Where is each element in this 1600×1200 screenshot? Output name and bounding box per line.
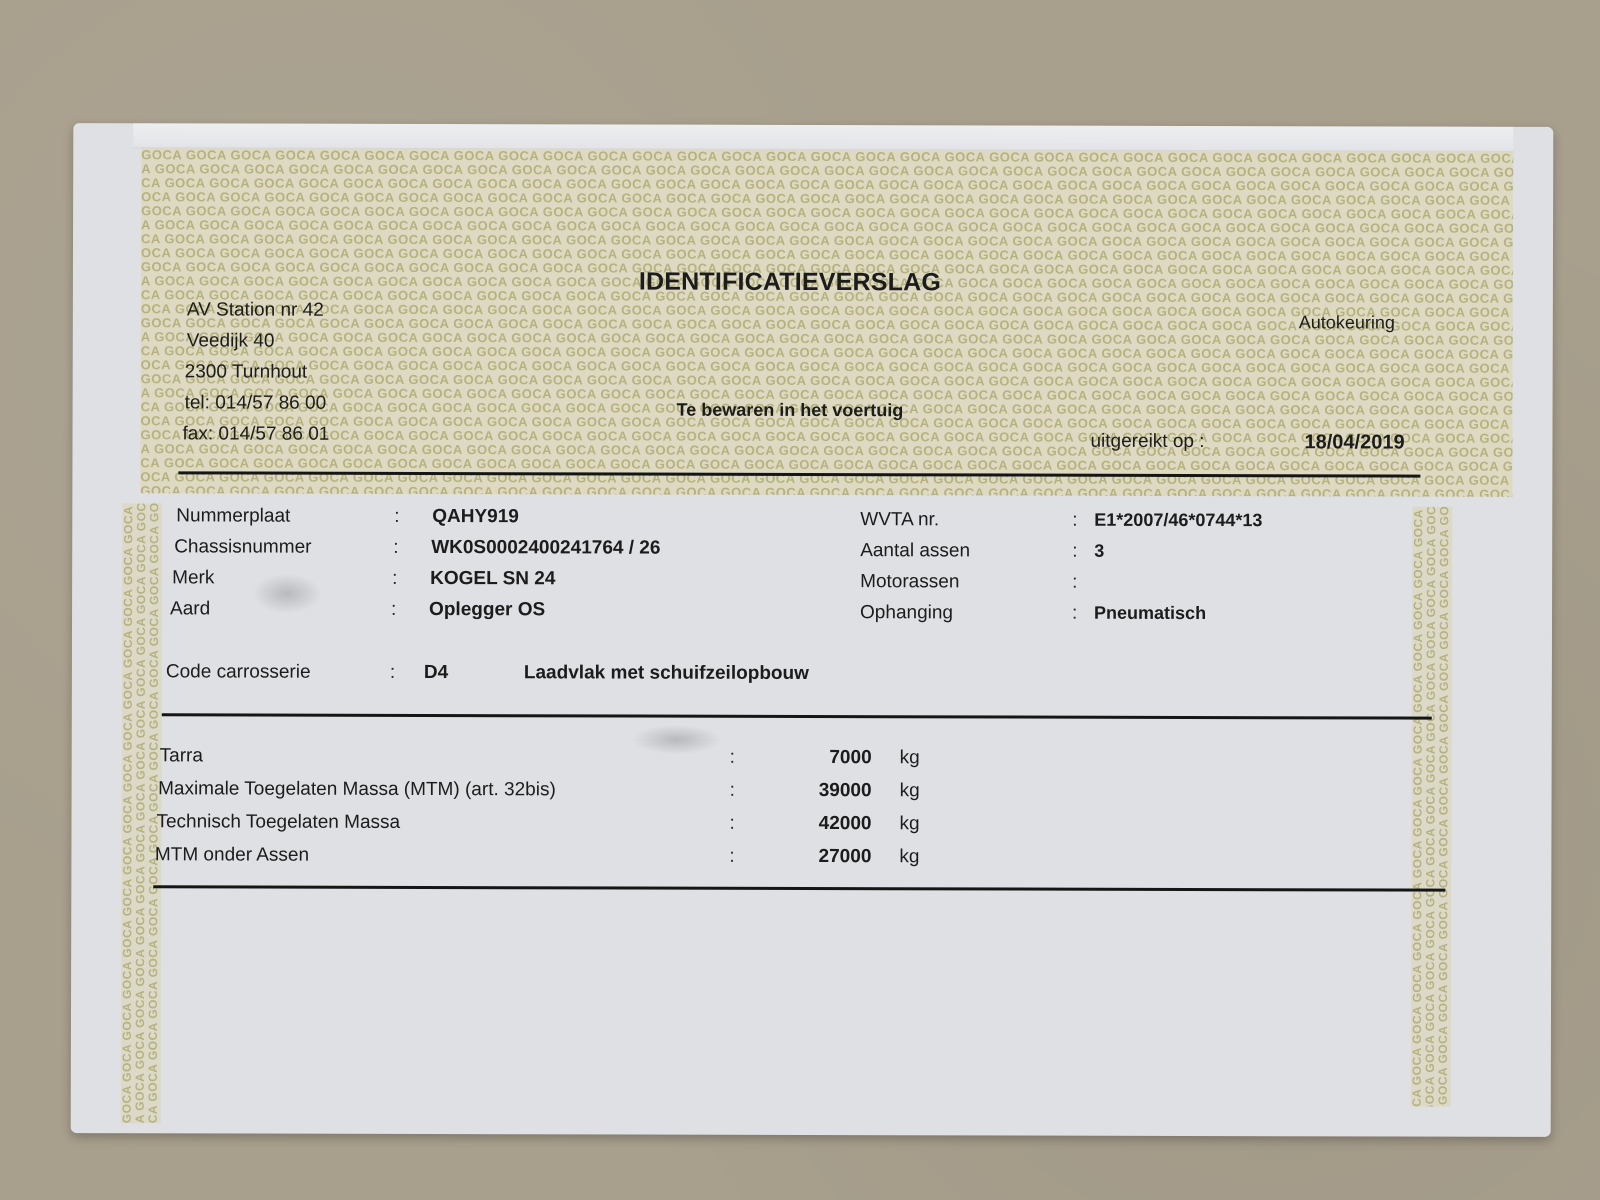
- watermark-text-row: CA GOCA GOCA GOCA GOCA GOCA GOCA GOCA GO…: [1437, 507, 1452, 1107]
- mass-separator: :: [730, 747, 735, 769]
- paper-fold-edge: [133, 123, 1513, 152]
- vehicle-field-separator: :: [393, 537, 398, 559]
- issued-date: 18/04/2019: [1304, 431, 1404, 454]
- vehicle-field-value: Oplegger OS: [429, 599, 545, 621]
- mass-value: 7000: [782, 747, 872, 769]
- vehicle-field-separator: :: [1072, 510, 1077, 532]
- document-type: Autokeuring: [1299, 312, 1395, 333]
- body-code-description: Laadvlak met schuifzeilopbouw: [524, 662, 809, 685]
- vehicle-field-value: 3: [1094, 541, 1104, 562]
- body-code-value: D4: [424, 662, 448, 684]
- document-title: IDENTIFICATIEVERSLAG: [639, 268, 941, 298]
- vehicle-field-label: Aard: [170, 598, 210, 620]
- vehicle-field-separator: :: [1072, 572, 1077, 594]
- vehicle-field-label: Merk: [172, 567, 214, 589]
- mass-unit: kg: [900, 747, 920, 769]
- mass-value: 27000: [781, 846, 871, 868]
- mass-separator: :: [729, 846, 734, 868]
- keep-in-vehicle-note: Te bewaren in het voertuig: [677, 400, 904, 422]
- watermark-text-row: GOCA GOCA GOCA GOCA GOCA GOCA GOCA GOCA …: [140, 484, 1512, 497]
- vehicle-field-separator: :: [391, 599, 396, 621]
- mass-unit: kg: [899, 813, 919, 835]
- vehicle-field-value: KOGEL SN 24: [430, 568, 555, 590]
- vehicle-field-value: E1*2007/46*0744*13: [1094, 510, 1262, 531]
- mass-value: 39000: [782, 780, 872, 802]
- vehicle-field-value: Pneumatisch: [1094, 603, 1206, 624]
- mass-label: Technisch Toegelaten Massa: [156, 811, 400, 834]
- station-city: 2300 Turnhout: [185, 361, 308, 383]
- vehicle-field-label: Aantal assen: [860, 540, 970, 562]
- station-phone: tel: 014/57 86 00: [185, 392, 327, 414]
- mass-unit: kg: [899, 846, 919, 868]
- vehicle-field-label: Ophanging: [860, 602, 953, 624]
- vehicle-field-separator: :: [1072, 603, 1077, 625]
- vehicle-field-value: WK0S0002400241764 / 26: [431, 537, 660, 560]
- vehicle-field-separator: :: [394, 506, 399, 528]
- mass-label: Tarra: [160, 745, 203, 767]
- vehicle-field-value: QAHY919: [432, 506, 519, 528]
- vehicle-field-separator: :: [1072, 541, 1077, 563]
- station-street: Veedijk 40: [187, 330, 275, 352]
- mass-separator: :: [730, 780, 735, 802]
- mass-label: MTM onder Assen: [155, 844, 309, 866]
- vehicle-field-label: WVTA nr.: [860, 509, 939, 531]
- mass-label: Maximale Toegelaten Massa (MTM) (art. 32…: [158, 778, 556, 801]
- vehicle-field-separator: :: [392, 568, 397, 590]
- vehicle-field-label: Chassisnummer: [174, 536, 311, 558]
- print-smudge: [632, 725, 722, 755]
- body-code-label: Code carrosserie: [166, 661, 311, 683]
- body-code-separator: :: [390, 662, 395, 684]
- vehicle-field-label: Nummerplaat: [176, 505, 290, 527]
- mass-value: 42000: [781, 813, 871, 835]
- mass-divider: [153, 885, 1445, 891]
- identification-report-paper: GOCA GOCA GOCA GOCA GOCA GOCA GOCA GOCA …: [71, 123, 1554, 1137]
- print-smudge: [252, 574, 322, 614]
- station-name: AV Station nr 42: [187, 299, 324, 321]
- mass-unit: kg: [900, 780, 920, 802]
- security-watermark-right-band: GOCA GOCA GOCA GOCA GOCA GOCA GOCA GOCA …: [1411, 507, 1453, 1107]
- vehicle-field-label: Motorassen: [860, 571, 959, 593]
- vehicle-divider: [162, 713, 1432, 719]
- station-fax: fax: 014/57 86 01: [182, 423, 329, 445]
- issued-label: uitgereikt op :: [1090, 431, 1204, 453]
- mass-separator: :: [729, 813, 734, 835]
